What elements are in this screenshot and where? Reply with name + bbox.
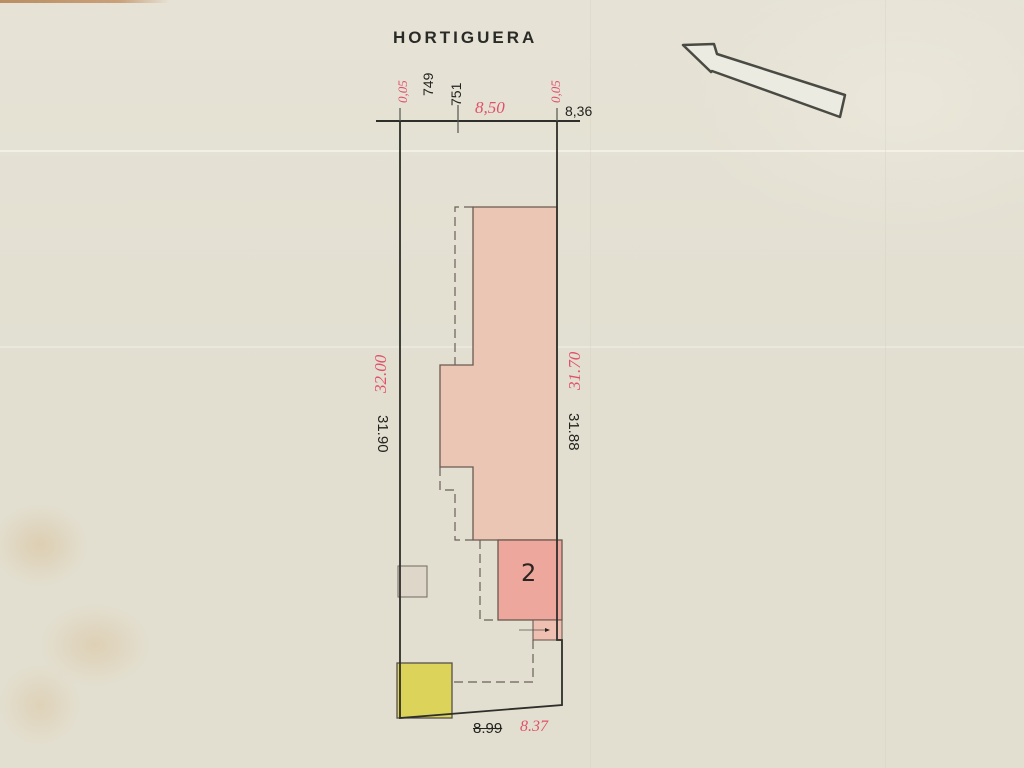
rear-red-label: 8.37 xyxy=(520,719,548,735)
yellow-square xyxy=(397,663,452,718)
right-side-red-label: 31.70 xyxy=(566,352,583,390)
street-name-label: HORTIGUERA xyxy=(393,29,537,46)
left-offset-label: 0,05 xyxy=(396,80,409,103)
frontage-red-label: 8,50 xyxy=(475,99,505,116)
frontage-black-label: 8,36 xyxy=(565,104,592,118)
site-plan-drawing xyxy=(0,0,1024,768)
left-side-red-label: 32.00 xyxy=(372,355,389,393)
left-side-black-label: 31.90 xyxy=(375,415,390,453)
rear-black-label: 8.99 xyxy=(473,721,502,736)
dashed-outline-lower xyxy=(440,467,473,540)
dashed-patio-outline xyxy=(480,540,498,620)
right-side-black-label: 31.88 xyxy=(566,413,581,451)
small-grey-square xyxy=(398,566,427,597)
lot-number-751: 751 xyxy=(449,83,463,106)
main-building xyxy=(440,207,557,540)
north-arrow-icon xyxy=(683,44,845,117)
room-number-label: 2 xyxy=(521,561,536,585)
right-offset-label: 0,05 xyxy=(549,80,562,103)
dashed-outline-upper xyxy=(455,207,473,365)
lot-number-749: 749 xyxy=(421,73,435,96)
